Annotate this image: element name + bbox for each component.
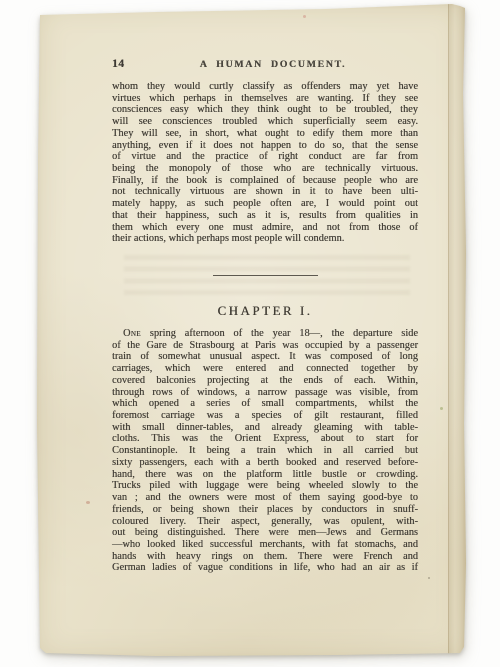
- paper-speck: [303, 15, 306, 18]
- paper-speck: [428, 577, 430, 579]
- book-page: 14 A HUMAN DOCUMENT. whom they would cur…: [36, 3, 466, 659]
- body-paragraph-1: whom they would curtly classify as offen…: [112, 81, 418, 245]
- paper-speck: [440, 407, 443, 410]
- body-paragraph-2: One spring afternoon of the year 18—, th…: [112, 328, 418, 574]
- section-divider: [213, 275, 318, 276]
- page-sheet: 14 A HUMAN DOCUMENT. whom they would cur…: [36, 3, 466, 659]
- paper-speck: [86, 501, 90, 504]
- scan-background: 14 A HUMAN DOCUMENT. whom they would cur…: [0, 0, 500, 667]
- chapter-heading: CHAPTER I.: [112, 304, 418, 319]
- page-fold-edge: [448, 3, 466, 659]
- showthrough-ghost-text: [124, 255, 410, 300]
- page-header: 14 A HUMAN DOCUMENT.: [112, 58, 418, 71]
- running-title: A HUMAN DOCUMENT.: [112, 59, 434, 70]
